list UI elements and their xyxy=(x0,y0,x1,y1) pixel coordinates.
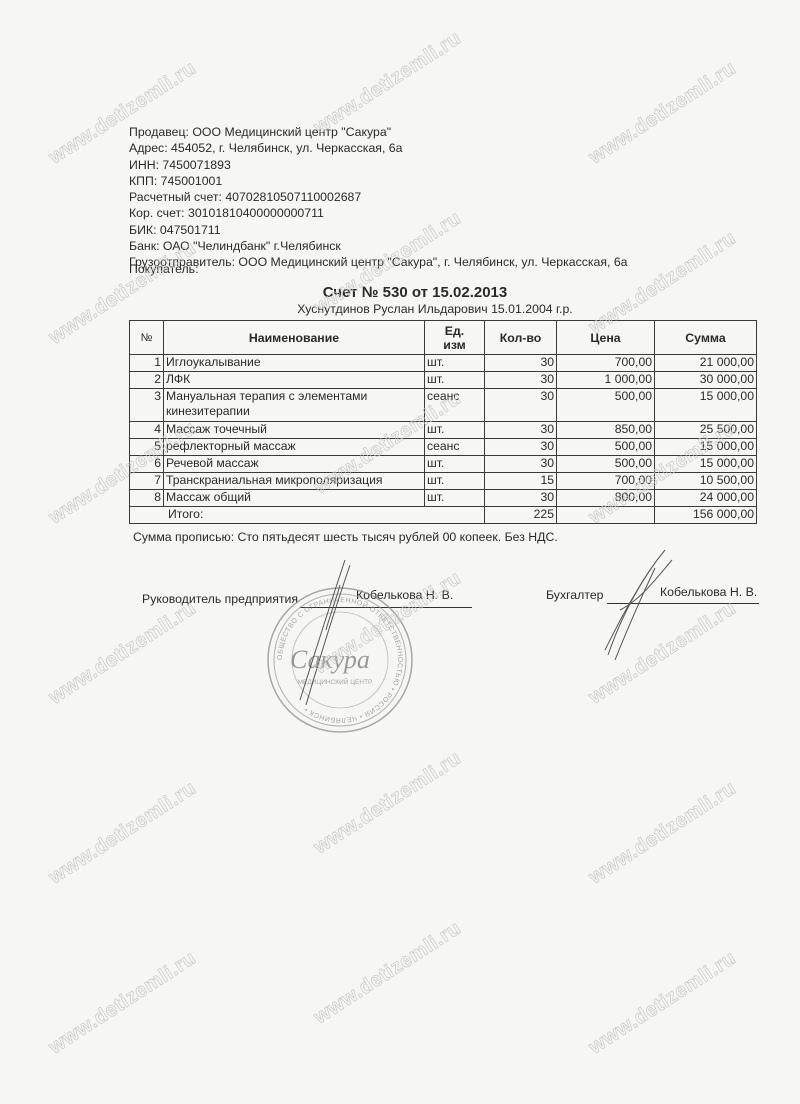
row-qty: 30 xyxy=(485,456,557,473)
watermark-text: www.detizemli.ru xyxy=(310,27,466,139)
watermark-text: www.detizemli.ru xyxy=(585,597,741,709)
row-qty: 30 xyxy=(485,422,557,439)
row-number: 2 xyxy=(130,372,164,389)
watermark-text: www.detizemli.ru xyxy=(310,917,466,1029)
row-price: 800,00 xyxy=(557,490,655,507)
watermark-text: www.detizemli.ru xyxy=(45,947,201,1059)
total-price-empty xyxy=(557,507,655,524)
row-qty: 30 xyxy=(485,372,557,389)
svg-text:МЕДИЦИНСКИЙ ЦЕНТР: МЕДИЦИНСКИЙ ЦЕНТР xyxy=(298,677,373,686)
row-price: 850,00 xyxy=(557,422,655,439)
row-number: 7 xyxy=(130,473,164,490)
row-name: ЛФК xyxy=(164,372,425,389)
company-stamp: ОБЩЕСТВО С ОГРАНИЧЕННОЙ ОТВЕТСТВЕННОСТЬЮ… xyxy=(268,588,412,732)
table-row: 6Речевой массажшт.30500,0015 000,00 xyxy=(130,456,757,473)
row-qty: 30 xyxy=(485,439,557,456)
row-number: 4 xyxy=(130,422,164,439)
col-header-price: Цена xyxy=(557,321,655,355)
invoice-table: № Наименование Ед.изм Кол-во Цена Сумма … xyxy=(129,320,757,524)
accountant-label: Бухгалтер xyxy=(546,588,604,602)
watermark-text: www.detizemli.ru xyxy=(310,747,466,859)
row-number: 6 xyxy=(130,456,164,473)
watermark-text: www.detizemli.ru xyxy=(310,567,466,679)
row-price: 1 000,00 xyxy=(557,372,655,389)
row-price: 700,00 xyxy=(557,473,655,490)
row-sum: 15 000,00 xyxy=(655,439,757,456)
col-header-qty: Кол-во xyxy=(485,321,557,355)
row-number: 8 xyxy=(130,490,164,507)
row-number: 1 xyxy=(130,355,164,372)
accountant-name: Кобелькова Н. В. xyxy=(660,585,757,599)
row-sum: 15 000,00 xyxy=(655,389,757,422)
seller-line: КПП: 745001001 xyxy=(129,173,628,189)
watermark-text: www.detizemli.ru xyxy=(45,597,201,709)
table-header-row: № Наименование Ед.изм Кол-во Цена Сумма xyxy=(130,321,757,355)
svg-text:Сакура: Сакура xyxy=(290,645,370,674)
row-unit: сеанс xyxy=(425,389,485,422)
patient-line: Хуснутдинов Руслан Ильдарович 15.01.2004… xyxy=(0,302,800,316)
watermark-text: www.detizemli.ru xyxy=(45,777,201,889)
table-row: 1Иглоукалываниешт.30700,0021 000,00 xyxy=(130,355,757,372)
director-signature xyxy=(300,560,350,705)
seller-line: ИНН: 7450071893 xyxy=(129,157,628,173)
invoice-title: Счет № 530 от 15.02.2013 xyxy=(0,284,800,301)
row-name: рефлекторный массаж xyxy=(164,439,425,456)
svg-text:ОБЩЕСТВО С ОГРАНИЧЕННОЙ ОТВЕТС: ОБЩЕСТВО С ОГРАНИЧЕННОЙ ОТВЕТСТВЕННОСТЬЮ… xyxy=(277,597,403,723)
row-name: Иглоукалывание xyxy=(164,355,425,372)
row-number: 3 xyxy=(130,389,164,422)
seller-line: Грузоотправитель: ООО Медицинский центр … xyxy=(129,254,628,270)
row-sum: 10 500,00 xyxy=(655,473,757,490)
col-header-unit-part: Ед. xyxy=(427,324,482,338)
buyer-label: Покупатель: xyxy=(129,262,199,276)
accountant-signature xyxy=(605,550,672,660)
row-sum: 25 500,00 xyxy=(655,422,757,439)
row-price: 700,00 xyxy=(557,355,655,372)
table-row: 8Массаж общийшт.30800,0024 000,00 xyxy=(130,490,757,507)
total-qty: 225 xyxy=(485,507,557,524)
seller-line: Расчетный счет: 40702810507110002687 xyxy=(129,189,628,205)
row-price: 500,00 xyxy=(557,439,655,456)
row-sum: 24 000,00 xyxy=(655,490,757,507)
seller-line: Банк: ОАО "Челиндбанк" г.Челябинск xyxy=(129,238,628,254)
row-unit: шт. xyxy=(425,372,485,389)
row-name: Мануальная терапия с элементами кинезите… xyxy=(164,389,425,422)
row-qty: 30 xyxy=(485,355,557,372)
row-unit: шт. xyxy=(425,422,485,439)
seller-line: Кор. счет: 30101810400000000711 xyxy=(129,205,628,221)
amount-in-words: Сумма прописью: Сто пятьдесят шесть тыся… xyxy=(133,530,558,544)
director-signature-line xyxy=(300,607,472,608)
table-row: 7Транскраниальная микрополяризацияшт.157… xyxy=(130,473,757,490)
row-name: Массаж точечный xyxy=(164,422,425,439)
col-header-sum: Сумма xyxy=(655,321,757,355)
row-unit: шт. xyxy=(425,473,485,490)
row-name: Массаж общий xyxy=(164,490,425,507)
row-qty: 15 xyxy=(485,473,557,490)
row-unit: шт. xyxy=(425,355,485,372)
watermark-text: www.detizemli.ru xyxy=(585,947,741,1059)
accountant-signature-line xyxy=(607,603,759,604)
seller-line: БИК: 047501711 xyxy=(129,222,628,238)
table-row: 2ЛФКшт.301 000,0030 000,00 xyxy=(130,372,757,389)
col-header-unit: Ед.изм xyxy=(425,321,485,355)
seller-line: Адрес: 454052, г. Челябинск, ул. Черкасс… xyxy=(129,140,628,156)
table-row: 3Мануальная терапия с элементами кинезит… xyxy=(130,389,757,422)
seller-info: Продавец: ООО Медицинский центр "Сакура"… xyxy=(129,124,628,271)
row-name: Речевой массаж xyxy=(164,456,425,473)
row-qty: 30 xyxy=(485,490,557,507)
seller-line: Продавец: ООО Медицинский центр "Сакура" xyxy=(129,124,628,140)
row-sum: 30 000,00 xyxy=(655,372,757,389)
table-row: 4Массаж точечныйшт.30850,0025 500,00 xyxy=(130,422,757,439)
row-number: 5 xyxy=(130,439,164,456)
row-name: Транскраниальная микрополяризация xyxy=(164,473,425,490)
row-price: 500,00 xyxy=(557,456,655,473)
row-unit: шт. xyxy=(425,490,485,507)
row-sum: 15 000,00 xyxy=(655,456,757,473)
row-qty: 30 xyxy=(485,389,557,422)
director-name: Кобелькова Н. В. xyxy=(356,588,453,602)
col-header-number: № xyxy=(130,321,164,355)
total-row: Итого:225156 000,00 xyxy=(130,507,757,524)
total-label: Итого: xyxy=(130,507,485,524)
row-price: 500,00 xyxy=(557,389,655,422)
col-header-name: Наименование xyxy=(164,321,425,355)
col-header-unit-part: изм xyxy=(427,338,482,352)
table-row: 5рефлекторный массажсеанс30500,0015 000,… xyxy=(130,439,757,456)
row-unit: шт. xyxy=(425,456,485,473)
director-label: Руководитель предприятия xyxy=(142,592,298,606)
row-sum: 21 000,00 xyxy=(655,355,757,372)
total-sum: 156 000,00 xyxy=(655,507,757,524)
watermark-text: www.detizemli.ru xyxy=(585,777,741,889)
row-unit: сеанс xyxy=(425,439,485,456)
